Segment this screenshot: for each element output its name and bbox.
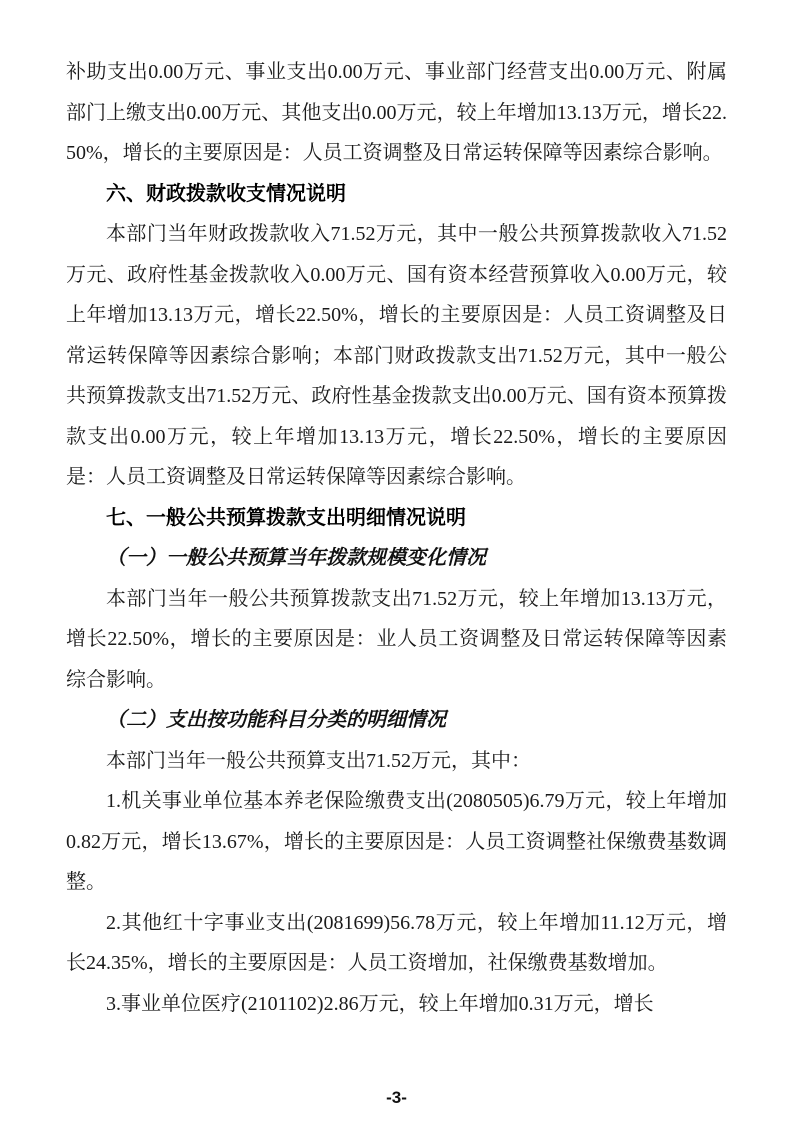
paragraph-fiscal-appropriation-detail: 本部门当年财政拨款收入71.52万元，其中一般公共预算拨款收入71.52万元、政… (66, 214, 727, 498)
document-page: 补助支出0.00万元、事业支出0.00万元、事业部门经营支出0.00万元、附属部… (0, 0, 793, 1122)
page-number: -3- (0, 1088, 793, 1108)
paragraph-appropriation-scale-change: 本部门当年一般公共预算拨款支出71.52万元，较上年增加13.13万元，增长22… (66, 579, 727, 701)
heading-section-7-public-budget-expense: 七、一般公共预算拨款支出明细情况说明 (66, 498, 727, 539)
heading-section-6-fiscal-appropriation: 六、财政拨款收支情况说明 (66, 174, 727, 215)
paragraph-expense-by-function-intro: 本部门当年一般公共预算支出71.52万元，其中： (66, 741, 727, 782)
paragraph-item-3-medical-expense: 3.事业单位医疗(2101102)2.86万元，较上年增加0.31万元，增长 (66, 984, 727, 1025)
subheading-7-1-scale-change: （一）一般公共预算当年拨款规模变化情况 (66, 538, 727, 579)
paragraph-item-2-red-cross-expense: 2.其他红十字事业支出(2081699)56.78万元，较上年增加11.12万元… (66, 903, 727, 984)
paragraph-expense-continuation: 补助支出0.00万元、事业支出0.00万元、事业部门经营支出0.00万元、附属部… (66, 52, 727, 174)
paragraph-item-1-pension-contribution: 1.机关事业单位基本养老保险缴费支出(2080505)6.79万元，较上年增加0… (66, 781, 727, 903)
subheading-7-2-expense-by-function: （二）支出按功能科目分类的明细情况 (66, 700, 727, 741)
